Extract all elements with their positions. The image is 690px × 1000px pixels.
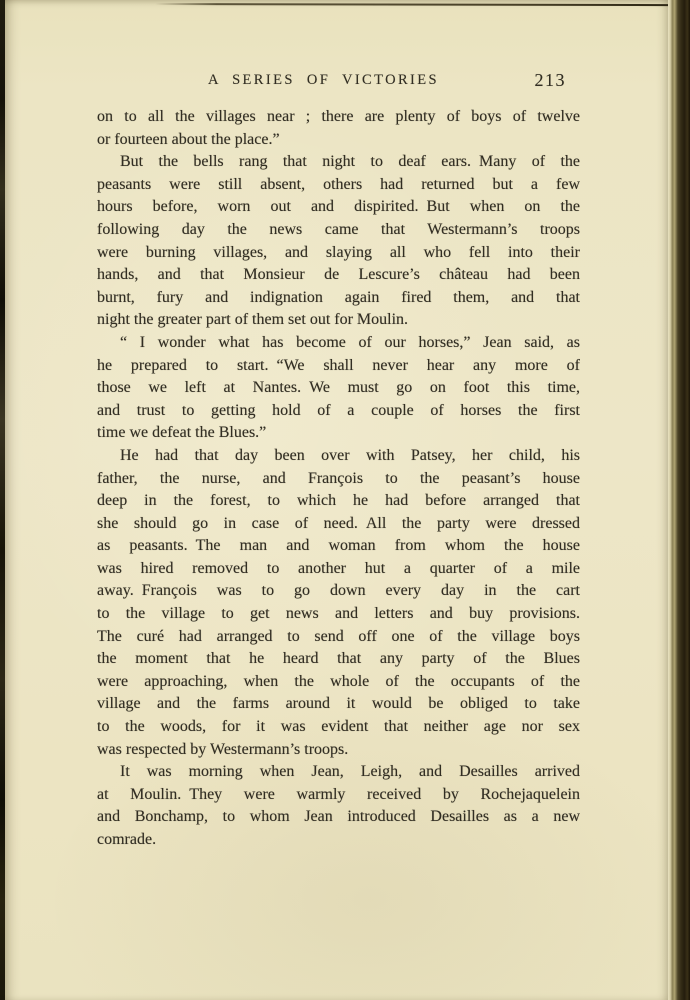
text-line: was hired removed to another hut a quart… — [97, 558, 580, 581]
text-line: to the woods, for it was evident that ne… — [97, 716, 580, 739]
text-line: was respected by Westermann’s troops. — [97, 739, 580, 762]
text-line: were burning villages, and slaying all w… — [97, 242, 580, 265]
text-line: and trust to getting hold of a couple of… — [97, 400, 580, 423]
page-paper: A SERIES OF VICTORIES 213 on to all the … — [5, 0, 668, 1000]
text-line: on to all the villages near ; there are … — [97, 106, 580, 129]
text-line: at Moulin. They were warmly received by … — [97, 784, 580, 807]
text-line: burnt, fury and indignation again fired … — [97, 287, 580, 310]
text-line: It was morning when Jean, Leigh, and Des… — [97, 761, 580, 784]
text-line: and Bonchamp, to whom Jean introduced De… — [97, 806, 580, 829]
text-line: those we left at Nantes. We must go on f… — [97, 377, 580, 400]
text-line: to the village to get news and letters a… — [97, 603, 580, 626]
page-number: 213 — [535, 70, 567, 91]
book-page-edges-right — [668, 0, 690, 1000]
text-line: he prepared to start. “We shall never he… — [97, 355, 580, 378]
text-line: The curé had arranged to send off one of… — [97, 626, 580, 649]
text-line: or fourteen about the place.” — [97, 129, 580, 152]
text-line: as peasants. The man and woman from whom… — [97, 535, 580, 558]
text-line: “ I wonder what has become of our horses… — [97, 332, 580, 355]
text-line: hands, and that Monsieur de Lescure’s ch… — [97, 264, 580, 287]
text-line: deep in the forest, to which he had befo… — [97, 490, 580, 513]
text-line: comrade. — [97, 829, 580, 852]
text-line: He had that day been over with Patsey, h… — [97, 445, 580, 468]
running-header: A SERIES OF VICTORIES 213 — [97, 72, 580, 98]
text-line: she should go in case of need. All the p… — [97, 513, 580, 536]
text-line: hours before, worn out and dispirited. B… — [97, 196, 580, 219]
page-top-edge-line — [155, 3, 670, 6]
text-line: village and the farms around it would be… — [97, 693, 580, 716]
text-line: peasants were still absent, others had r… — [97, 174, 580, 197]
book-page-scan: A SERIES OF VICTORIES 213 on to all the … — [0, 0, 690, 1000]
text-line: away. François was to go down every day … — [97, 580, 580, 603]
text-line: But the bells rang that night to deaf ea… — [97, 151, 580, 174]
text-line: following day the news came that Westerm… — [97, 219, 580, 242]
chapter-running-title: A SERIES OF VICTORIES — [97, 72, 550, 89]
body-text: on to all the villages near ; there are … — [97, 106, 580, 852]
text-line: time we defeat the Blues.” — [97, 422, 580, 445]
text-line: were approaching, when the whole of the … — [97, 671, 580, 694]
text-line: the moment that he heard that any party … — [97, 648, 580, 671]
text-line: father, the nurse, and François to the p… — [97, 468, 580, 491]
text-line: night the greater part of them set out f… — [97, 309, 580, 332]
